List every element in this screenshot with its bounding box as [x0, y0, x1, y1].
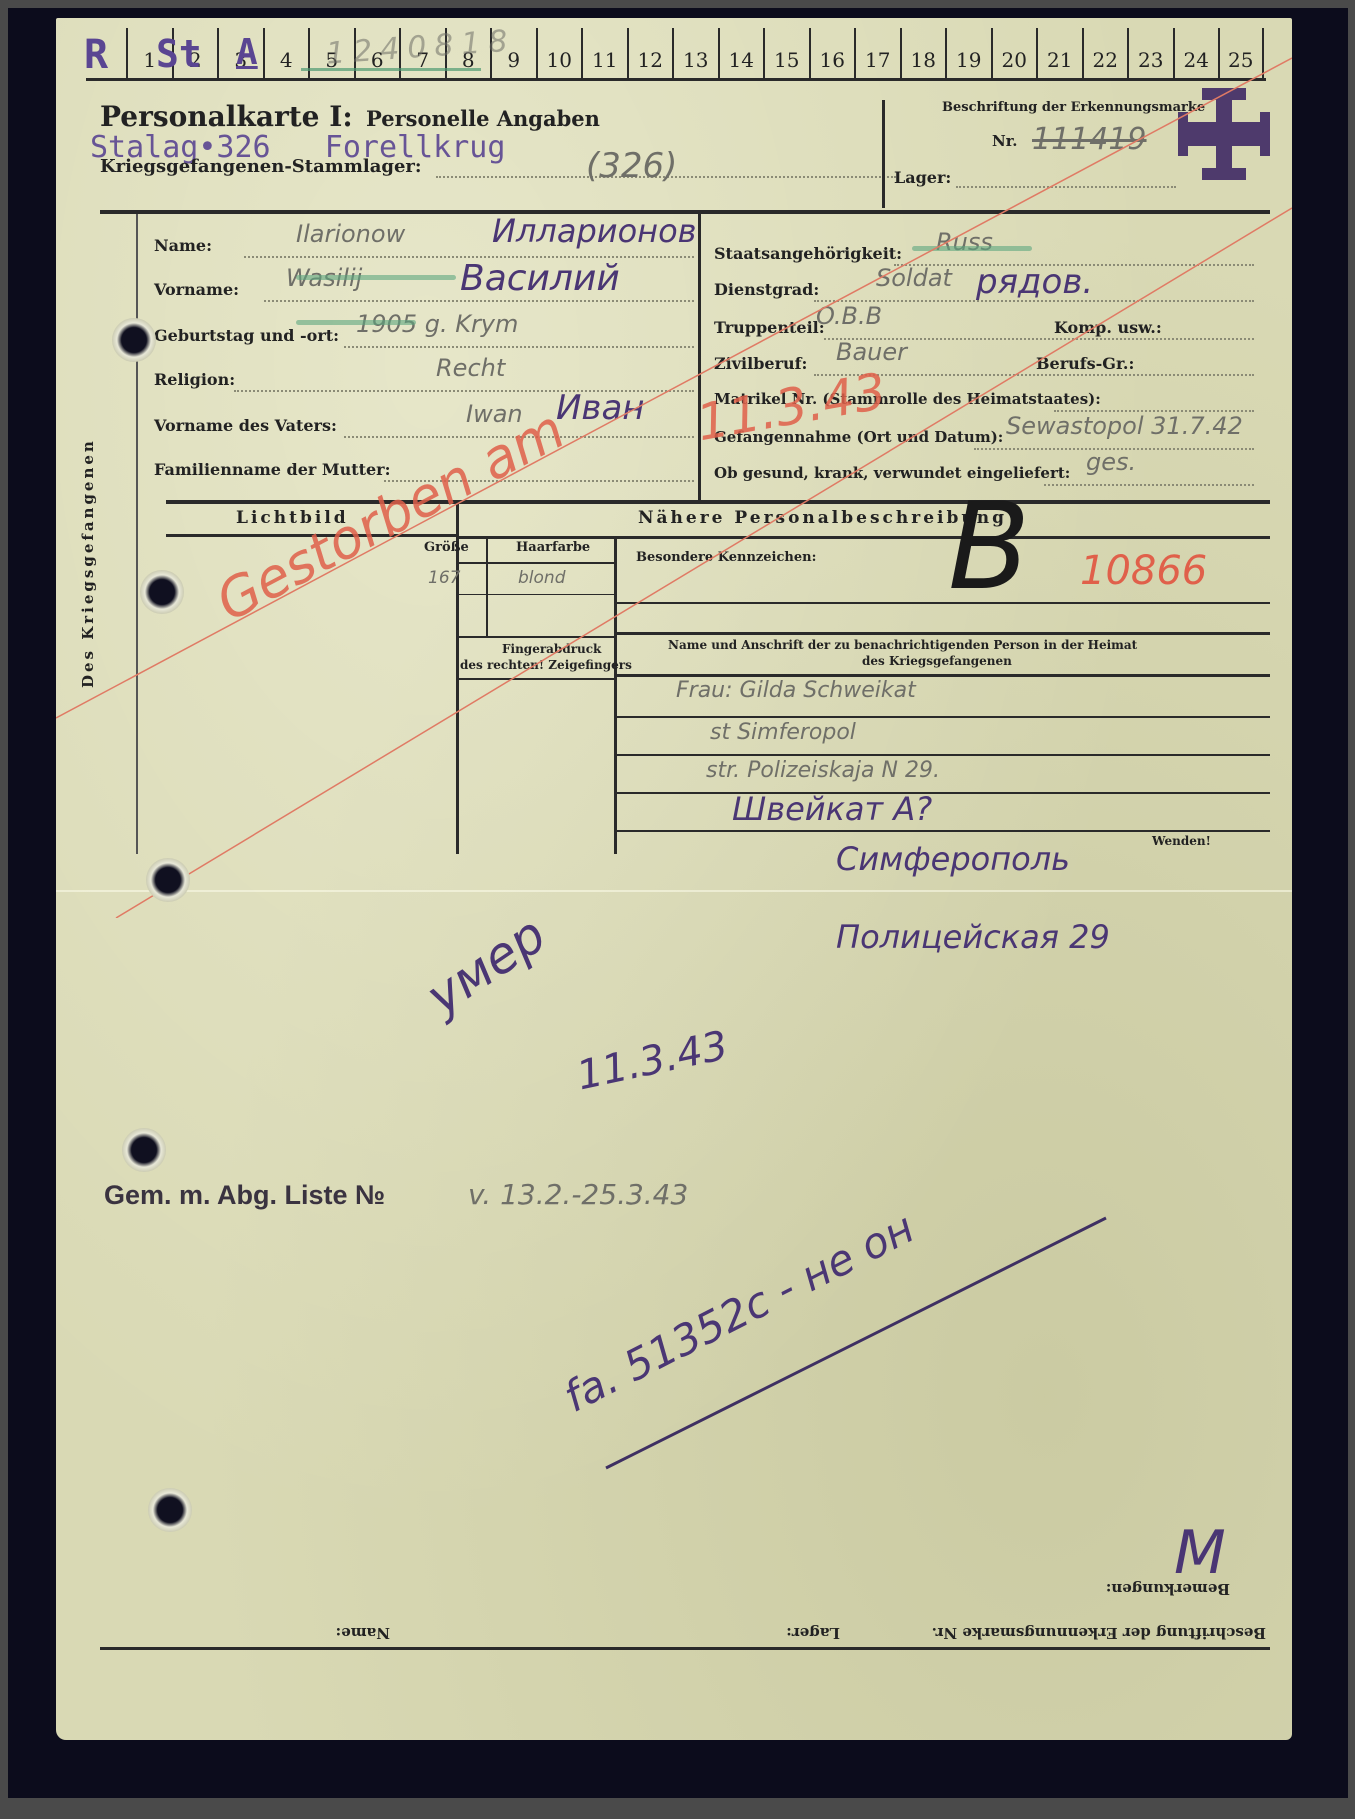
reverse-tag-label: Beschriftung der Erkennungsmarke Nr. — [932, 1624, 1266, 1642]
died-date: 11.3.43 — [573, 1023, 732, 1100]
reverse-name-label: Name: — [336, 1624, 390, 1642]
punch-hole — [122, 1128, 166, 1172]
archive-underline — [596, 1198, 1116, 1478]
punch-hole — [112, 318, 156, 362]
died-ink: умер — [416, 905, 556, 1026]
reverse-lager-label: Lager: — [786, 1624, 840, 1642]
signature-mark: M — [1174, 1518, 1226, 1588]
punch-hole — [146, 858, 190, 902]
fold-line — [56, 890, 1292, 892]
personal-card: 1234567891011121314151617181920212223242… — [56, 18, 1292, 1740]
list-label: Gem. m. Abg. Liste № — [104, 1180, 385, 1211]
punch-hole — [140, 570, 184, 614]
punch-hole — [148, 1488, 192, 1532]
contact-cyrillic-3: Полицейская 29 — [836, 918, 1110, 956]
reverse-footer: Beschriftung der Erkennungsmarke Nr. Lag… — [100, 1578, 1270, 1658]
red-cancel-lines — [56, 18, 1292, 918]
